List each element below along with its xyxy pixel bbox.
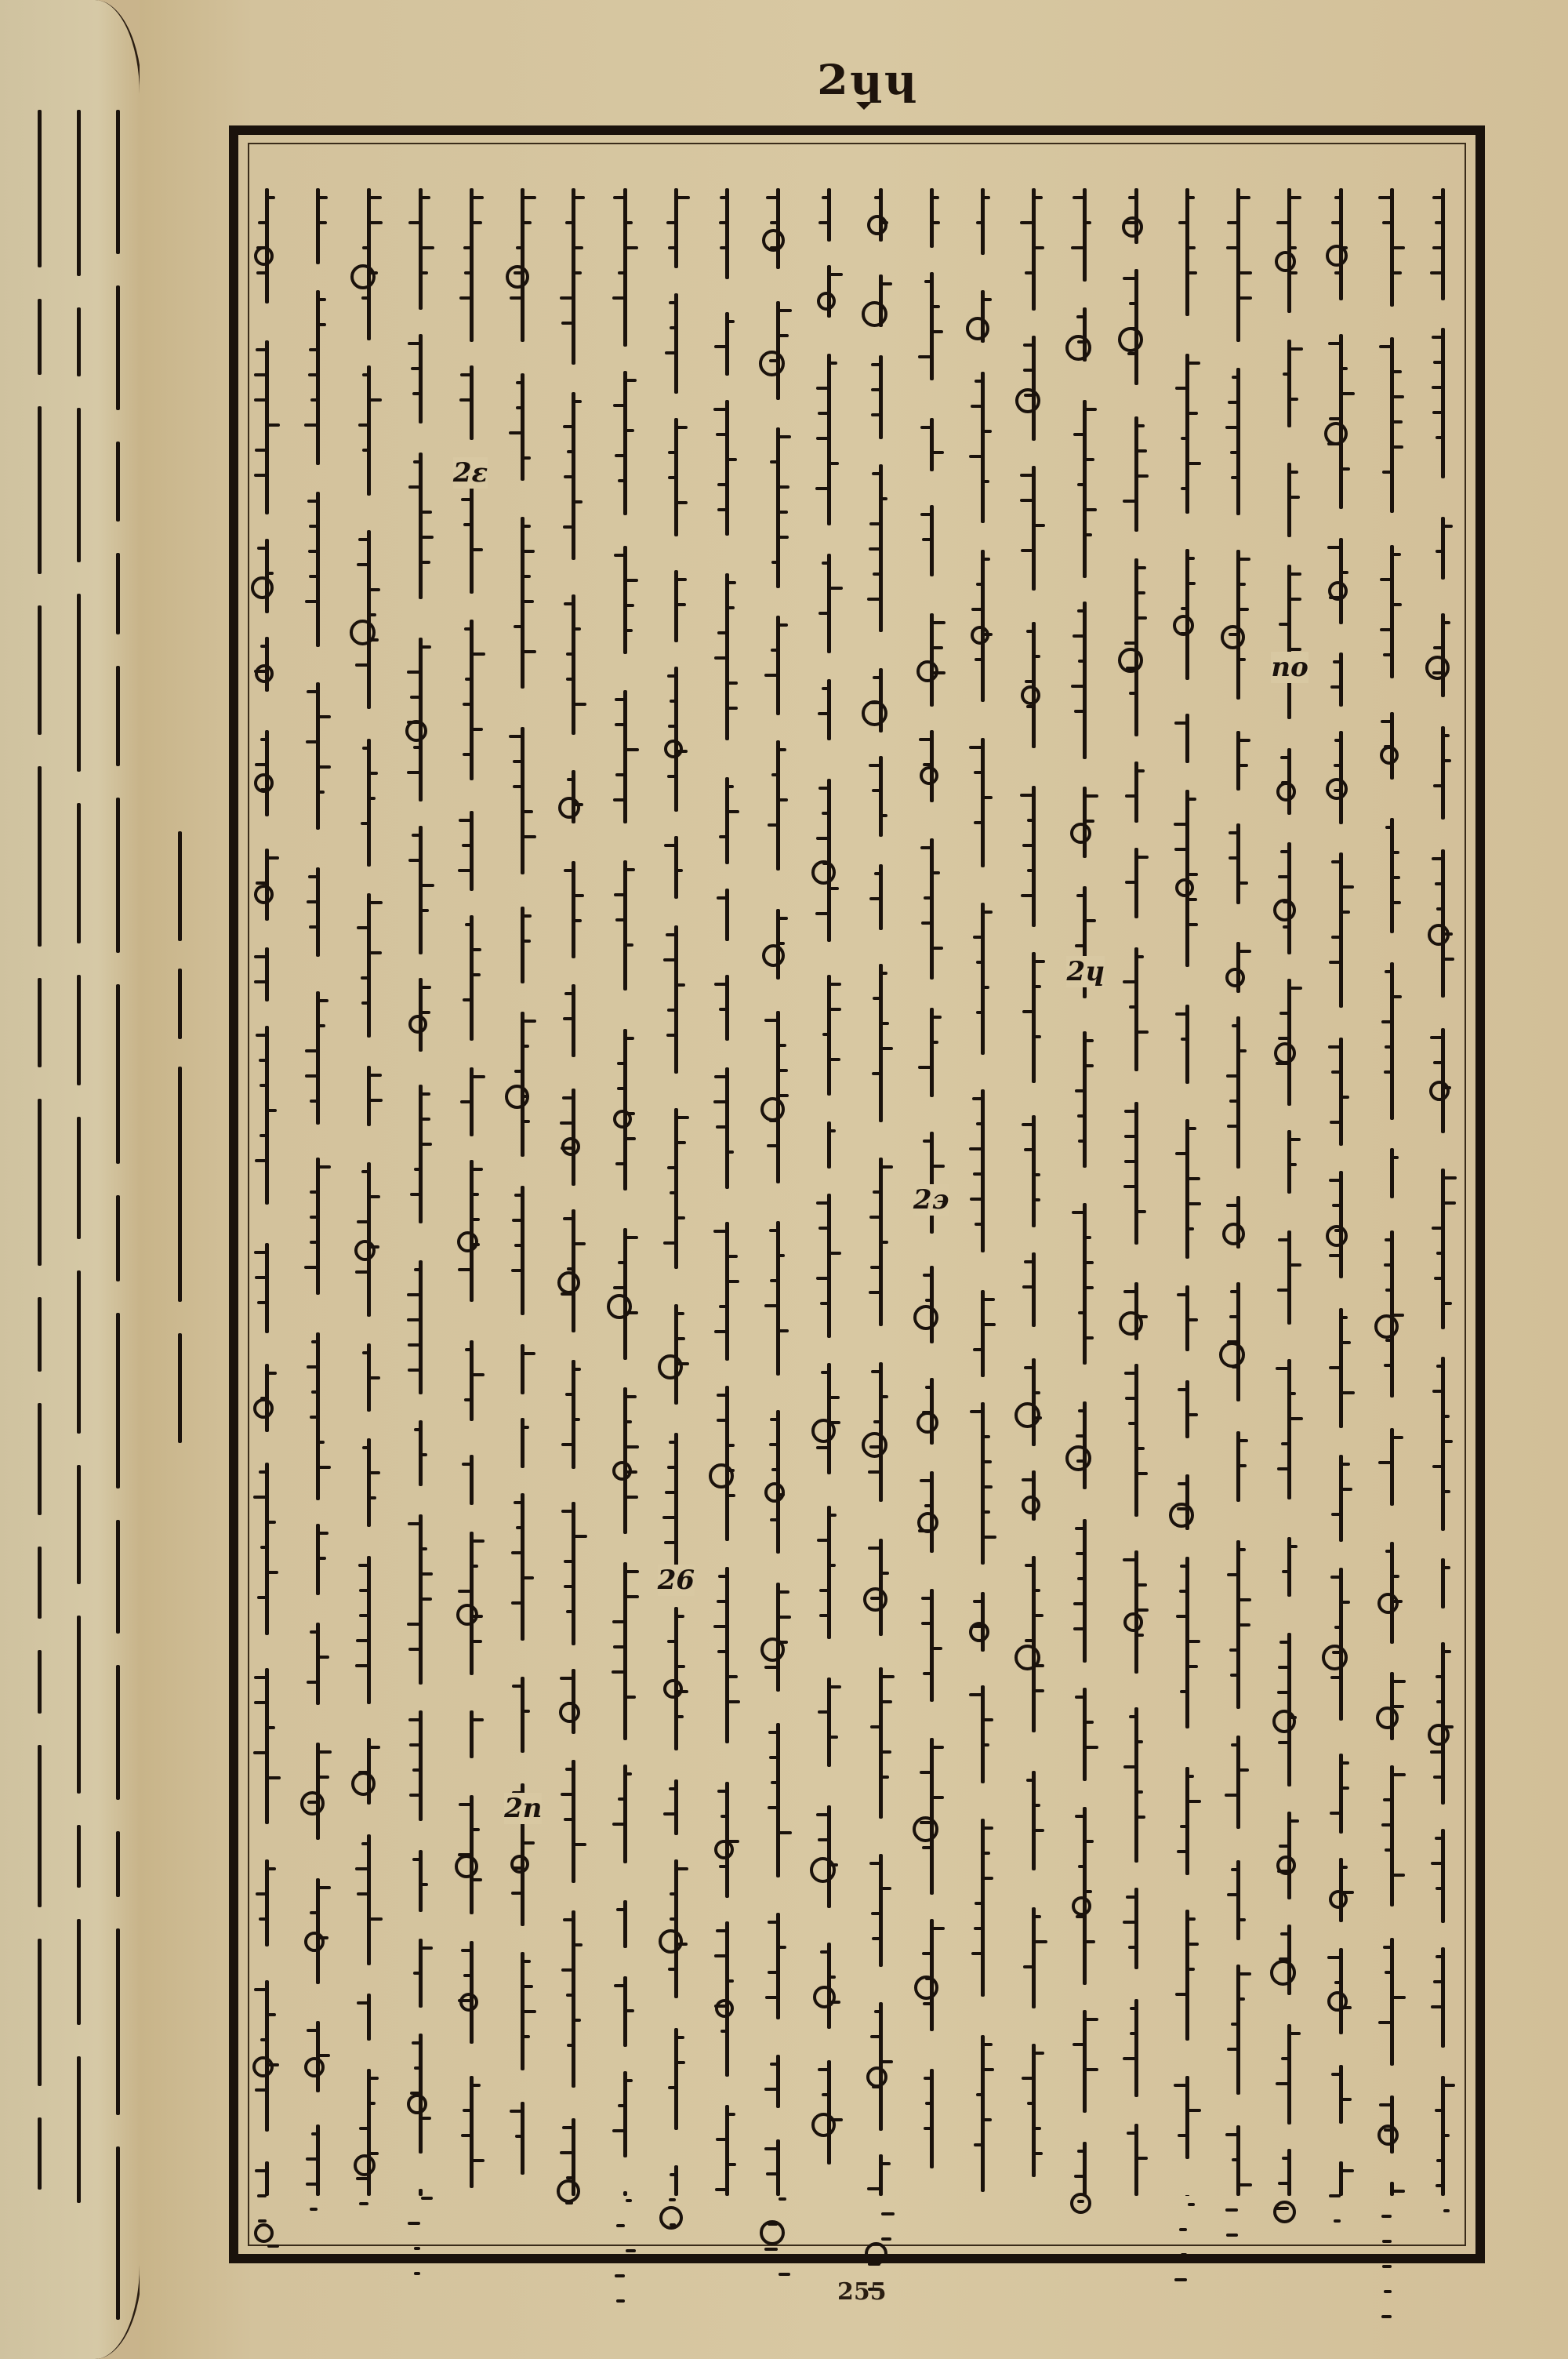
text-frame-inner-rule	[248, 143, 1466, 2246]
inline-note-marker: 26	[658, 1565, 695, 1596]
left-page-column	[30, 110, 50, 2227]
page-number-bottom: 255	[837, 2278, 887, 2306]
inline-note-marker: 2n	[504, 1793, 542, 1824]
inline-note-marker: no	[1271, 652, 1308, 683]
page-number-top: 2ɥɥ	[817, 56, 919, 104]
inline-note-marker: 2ɛ	[453, 457, 488, 489]
left-page-column	[108, 110, 129, 2227]
left-page-column	[69, 110, 89, 2227]
inline-note-marker: 2ɥ	[1066, 956, 1104, 987]
page-number-mark	[856, 102, 872, 110]
inline-note-marker: 2э	[913, 1184, 949, 1216]
facing-page-left	[0, 0, 142, 2359]
running-head	[166, 831, 202, 1443]
